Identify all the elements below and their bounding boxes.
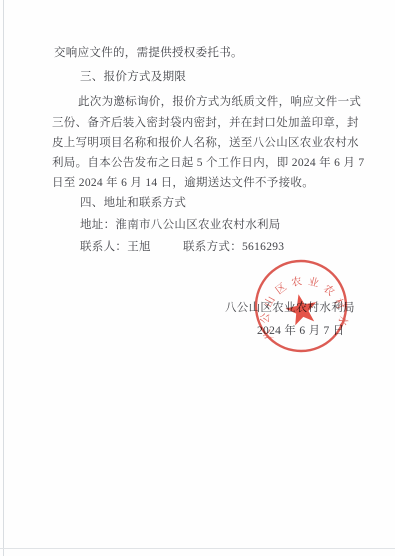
- section-heading-4: 四、地址和联系方式: [80, 196, 186, 210]
- contact-method: 联系方式：5616293: [183, 240, 284, 254]
- body-line: 交响应文件的，需提供授权委托书。: [54, 46, 243, 60]
- body-line: 日至 2024 年 6 月 14 日，逾期送达文件不予接收。: [52, 176, 314, 190]
- body-line: 皮上写明项目名称和报价人名称，送至八公山区农业农村水: [52, 136, 359, 150]
- body-line: 三份、备齐后装入密封袋内密封，并在封口处加盖印章，封: [52, 116, 359, 130]
- address-line: 地址：淮南市八公山区农业农村水利局: [80, 218, 281, 232]
- scan-edge-bottom: [0, 548, 395, 549]
- signature-org: 八公山区农业农村水利局: [225, 301, 355, 315]
- section-heading-3: 三、报价方式及期限: [80, 70, 186, 84]
- signature-date: 2024 年 6 月 7 日: [257, 324, 345, 338]
- body-line: 此次为邀标询价，报价方式为纸质文件，响应文件一式: [78, 95, 361, 109]
- scan-edge-left: [3, 0, 4, 556]
- contact-person: 联系人：王旭: [80, 240, 151, 254]
- body-line: 利局。自本公告发布之日起 5 个工作日内，即 2024 年 6 月 7: [52, 156, 364, 170]
- document-page: 交响应文件的，需提供授权委托书。 三、报价方式及期限 此次为邀标询价，报价方式为…: [0, 0, 395, 556]
